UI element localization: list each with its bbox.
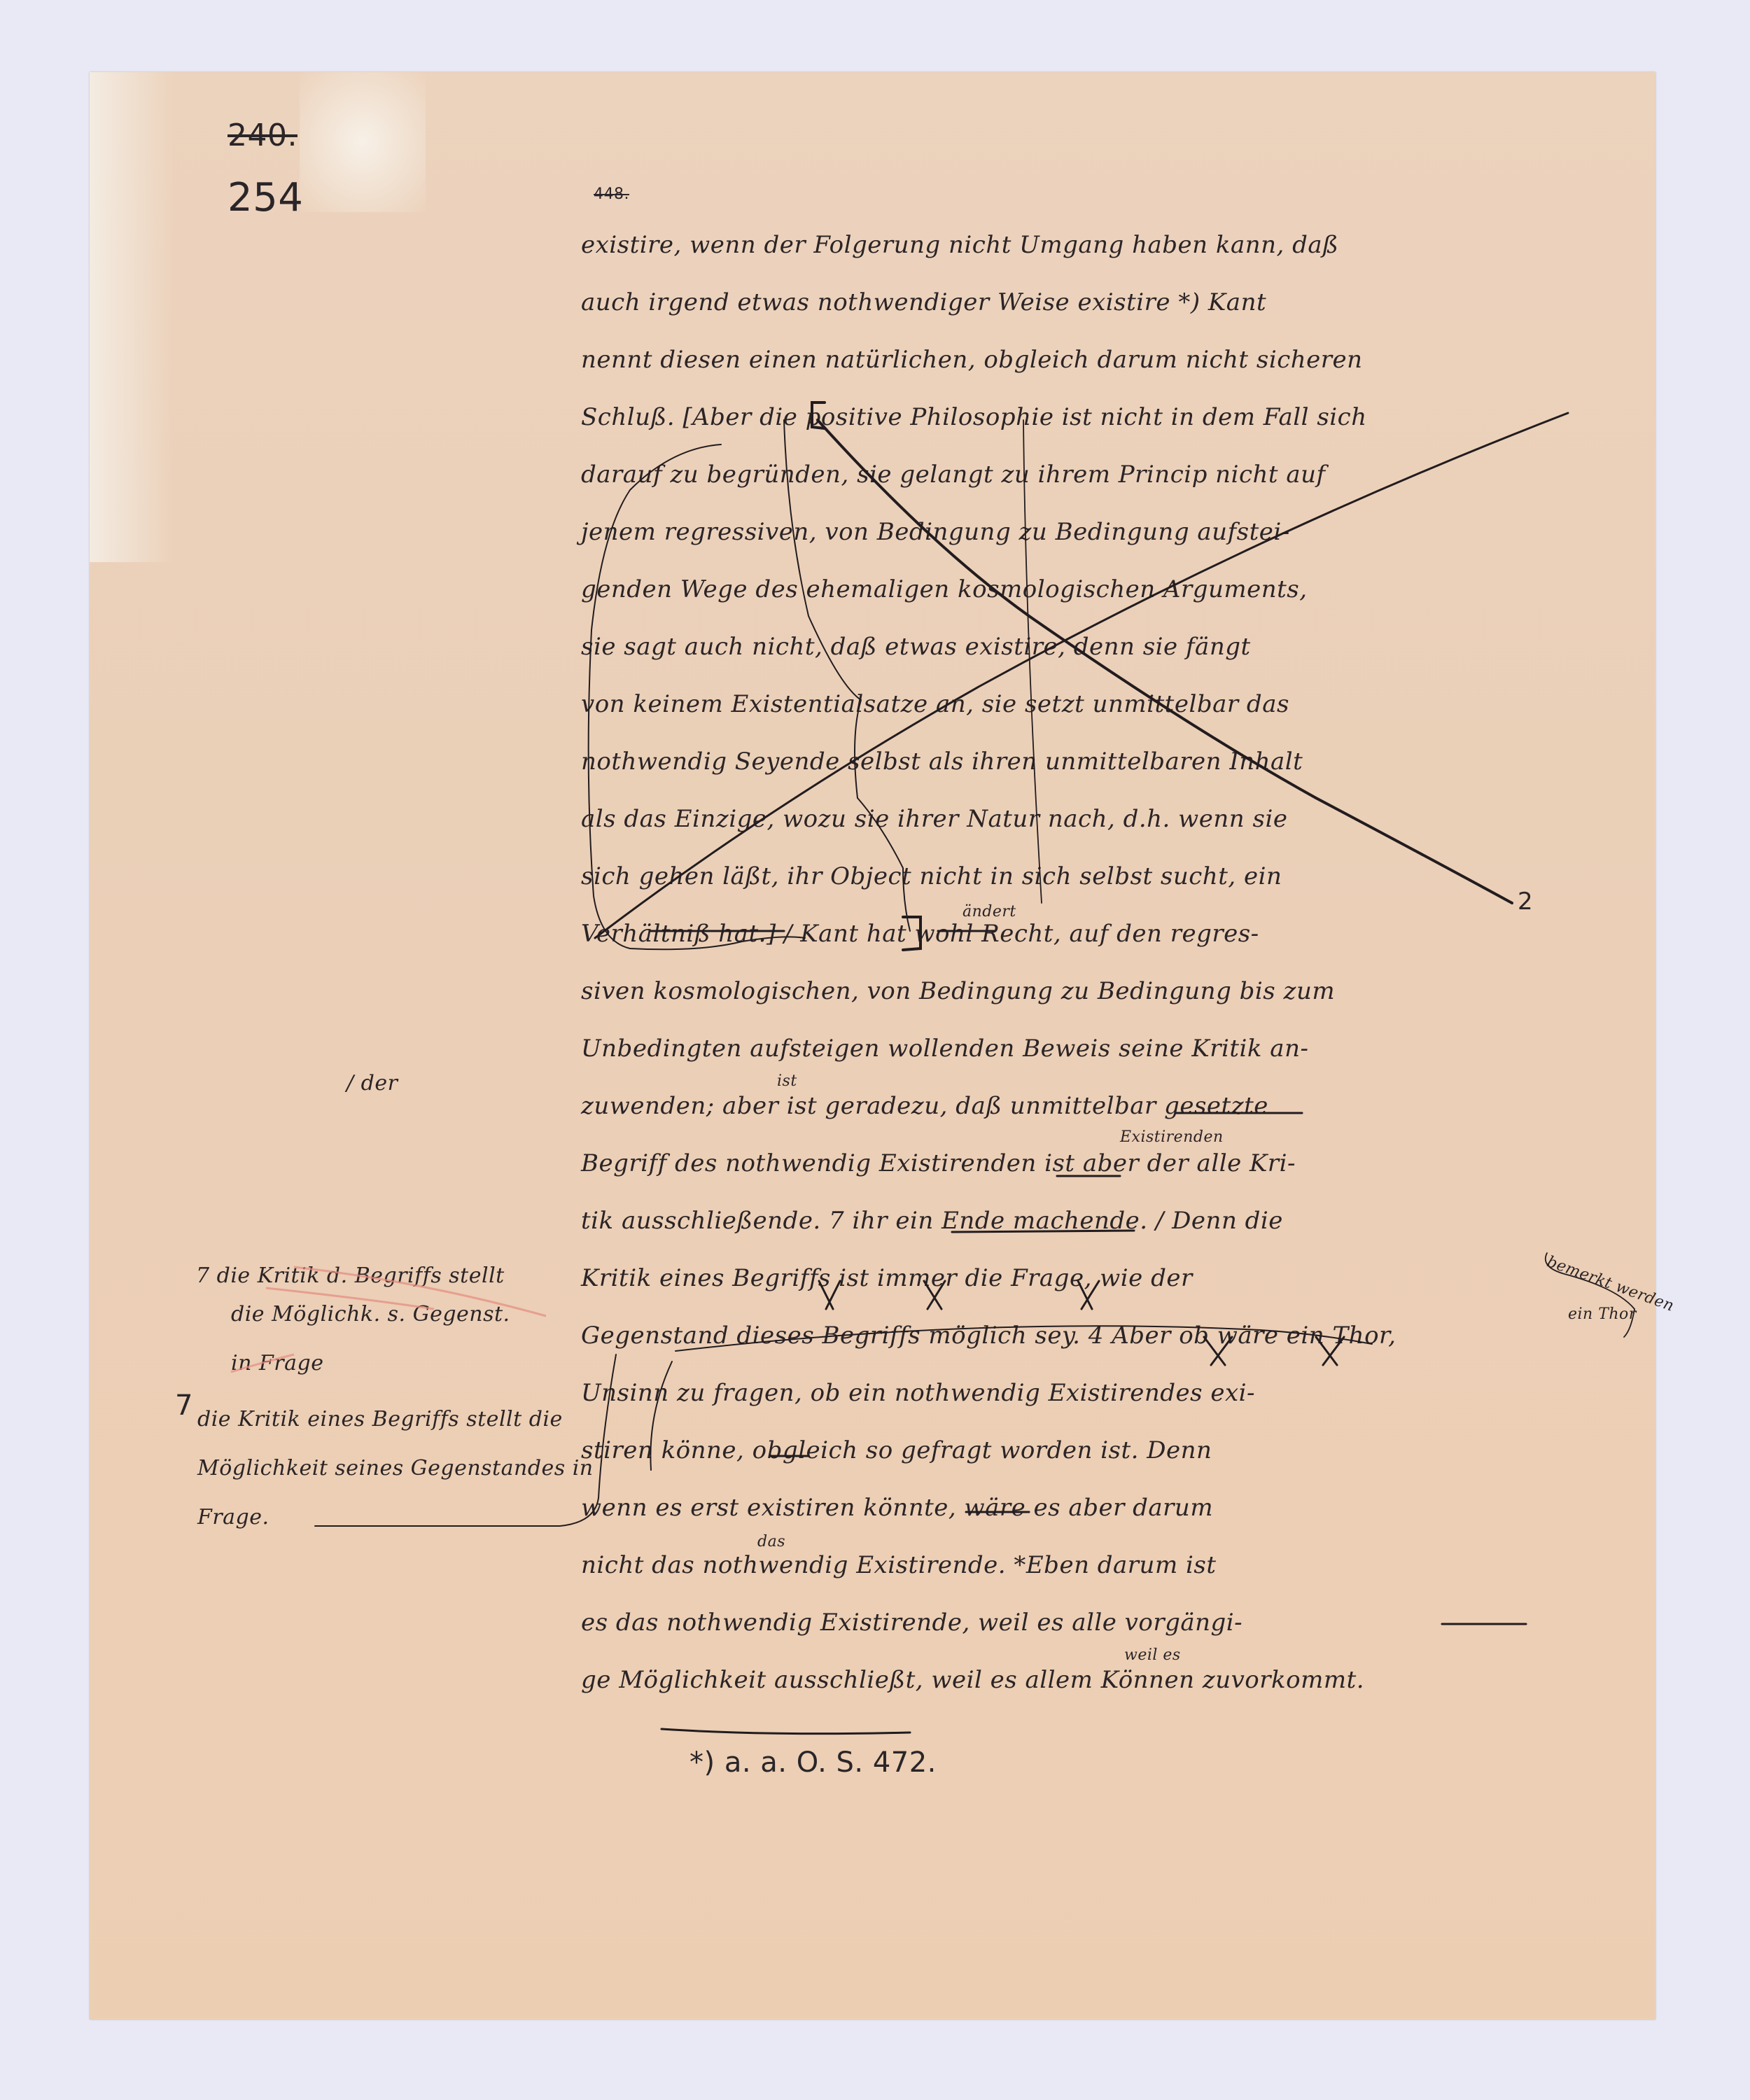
struck-mark: 448. <box>594 185 629 203</box>
text-line: nennt diesen einen natürlichen, obgleich… <box>581 346 1610 374</box>
margin-note-marker: 7 <box>175 1389 193 1422</box>
margin-note-der: / der <box>346 1071 398 1095</box>
interlinear-insertion: ist <box>777 1072 797 1090</box>
interlinear-insertion: weil es <box>1124 1646 1181 1664</box>
text-line: stiren könne, obgleich so gefragt worden… <box>581 1436 1610 1464</box>
text-line: sich gehen läßt, ihr Object nicht in sic… <box>581 862 1610 890</box>
text-line: wenn es erst existiren könnte, wäre es a… <box>581 1494 1610 1522</box>
text-line: Unbedingten aufsteigen wollenden Beweis … <box>581 1035 1610 1063</box>
interlinear-insertion: 2 <box>1518 888 1533 916</box>
paper-stain <box>300 72 426 212</box>
text-line: als das Einzige, wozu sie ihrer Natur na… <box>581 805 1610 833</box>
text-line: nothwendig Seyende selbst als ihren unmi… <box>581 748 1610 776</box>
text-line: sie sagt auch nicht, daß etwas existire,… <box>581 633 1610 661</box>
text-line: Verhältniß hat.] / Kant hat wohl Recht, … <box>581 920 1610 948</box>
interlinear-insertion: das <box>757 1533 785 1550</box>
interlinear-insertion: ändert <box>962 903 1016 920</box>
text-line: genden Wege des ehemaligen kosmologische… <box>581 575 1610 603</box>
paper-stain <box>90 72 174 562</box>
text-line: Begriff des nothwendig Existirenden ist … <box>581 1149 1610 1177</box>
margin-note-right: ein Thor <box>1568 1305 1637 1323</box>
text-line: darauf zu begründen, sie gelangt zu ihre… <box>581 461 1610 489</box>
text-line: jenem regressiven, von Bedingung zu Bedi… <box>581 518 1610 546</box>
margin-note-7: Frage. <box>197 1505 269 1529</box>
interlinear-insertion: Existirenden <box>1120 1128 1224 1146</box>
margin-note-7: die Kritik eines Begriffs stellt die <box>197 1407 563 1431</box>
text-line: ge Möglichkeit ausschließt, weil es alle… <box>581 1666 1610 1694</box>
text-line: tik ausschließende. 7 ihr ein Ende mache… <box>581 1207 1610 1235</box>
text-line: Unsinn zu fragen, ob ein nothwendig Exis… <box>581 1379 1610 1407</box>
margin-note-red-pencil: die Möglichk. s. Gegenst. <box>231 1302 510 1326</box>
text-line: von keinem Existentialsatze an, sie setz… <box>581 690 1610 718</box>
footnote: *) a. a. O. S. 472. <box>689 1746 937 1779</box>
text-line: nicht das nothwendig Existirende. *Eben … <box>581 1551 1610 1579</box>
folio-number: 254 <box>227 175 303 220</box>
text-line: zuwenden; aber ist geradezu, daß unmitte… <box>581 1092 1610 1120</box>
old-folio-number: 240. <box>227 118 297 153</box>
text-line: siven kosmologischen, von Bedingung zu B… <box>581 977 1610 1005</box>
margin-note-red-pencil: 7 die Kritik d. Begriffs stellt <box>196 1263 505 1288</box>
text-line: auch irgend etwas nothwendiger Weise exi… <box>581 288 1610 316</box>
text-line: existire, wenn der Folgerung nicht Umgan… <box>581 231 1610 259</box>
margin-note-7: Möglichkeit seines Gegenstandes in <box>197 1456 594 1480</box>
text-line: Gegenstand dieses Begriffs möglich sey. … <box>581 1322 1610 1350</box>
text-line: es das nothwendig Existirende, weil es a… <box>581 1609 1610 1637</box>
text-line: Schluß. [Aber die positive Philosophie i… <box>581 403 1610 431</box>
text-line: Kritik eines Begriffs ist immer die Frag… <box>581 1264 1610 1292</box>
margin-note-red-pencil: in Frage <box>231 1351 323 1375</box>
